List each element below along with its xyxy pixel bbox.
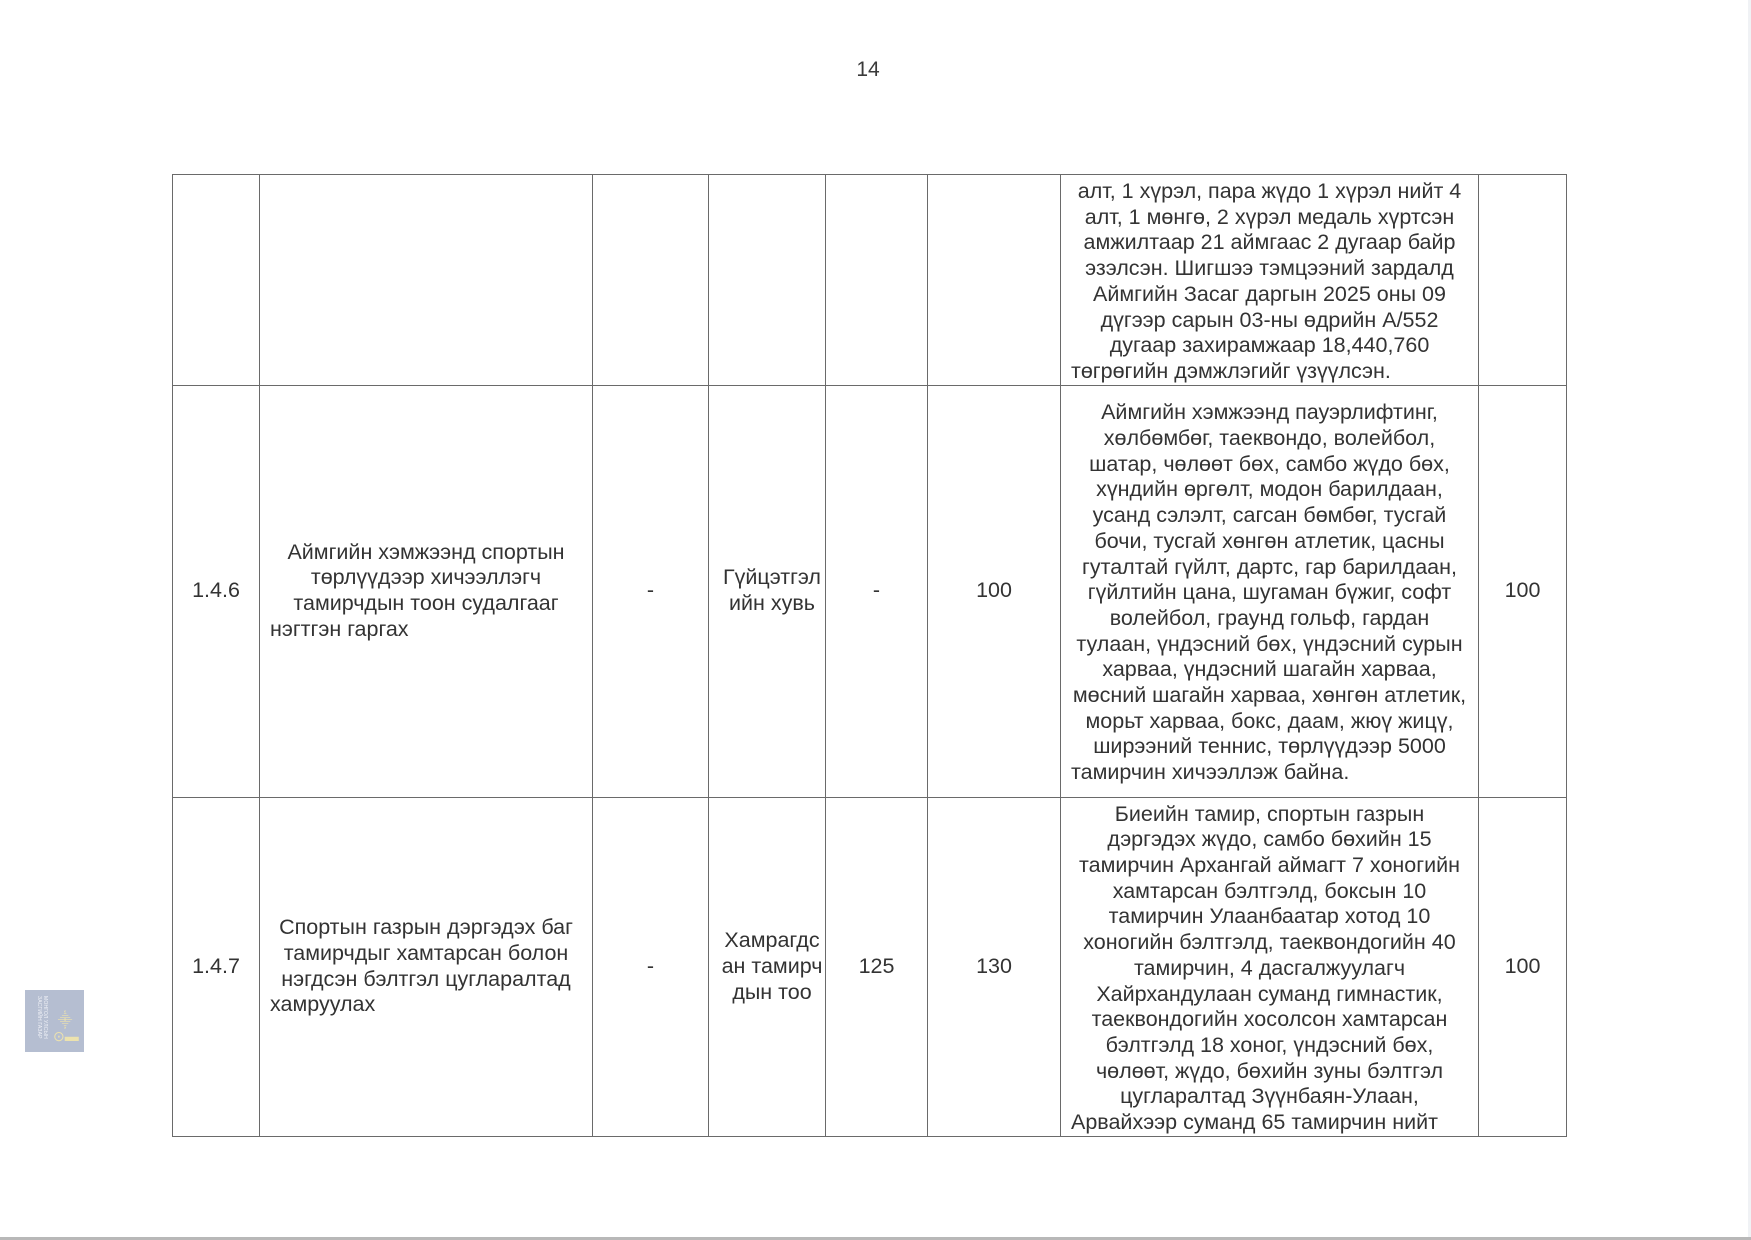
target-a-cell xyxy=(826,175,928,386)
table-row: алт, 1 хүрэл, пара жүдо 1 хүрэл нийт 4 а… xyxy=(173,175,1567,386)
stamp-text: МОНГОЛ УЛСЫН ЗАСГИЙН ГАЗАР xyxy=(28,996,48,1046)
score-cell xyxy=(1479,175,1567,386)
report-cell: алт, 1 хүрэл, пара жүдо 1 хүрэл нийт 4 а… xyxy=(1061,175,1479,386)
page-number: 14 xyxy=(850,58,886,82)
baseline-cell xyxy=(593,175,709,386)
soyombo-emblem-icon: ⸎⊙▬ xyxy=(53,1012,77,1028)
baseline-cell: - xyxy=(593,385,709,797)
code-cell: 1.4.7 xyxy=(173,797,260,1136)
code-cell xyxy=(173,175,260,386)
target-a-cell: 125 xyxy=(826,797,928,1136)
target-a-cell: - xyxy=(826,385,928,797)
score-cell: 100 xyxy=(1479,797,1567,1136)
report-cell: Биеийн тамир, спортын газрын дэргэдэх жү… xyxy=(1061,797,1479,1136)
baseline-cell: - xyxy=(593,797,709,1136)
report-cell: Аймгийн хэмжээнд пауэрлифтинг, хөлбөмбөг… xyxy=(1061,385,1479,797)
report-table: алт, 1 хүрэл, пара жүдо 1 хүрэл нийт 4 а… xyxy=(172,174,1567,1137)
table-row: 1.4.6 Аймгийн хэмжээнд спортын төрлүүдээ… xyxy=(173,385,1567,797)
unit-cell: Гүйцэтгэлийн хувь xyxy=(709,385,826,797)
target-b-cell: 100 xyxy=(928,385,1061,797)
table-row: 1.4.7 Спортын газрын дэргэдэх баг тамирч… xyxy=(173,797,1567,1136)
unit-cell xyxy=(709,175,826,386)
target-b-cell: 130 xyxy=(928,797,1061,1136)
activity-cell: Аймгийн хэмжээнд спортын төрлүүдээр хичэ… xyxy=(260,385,593,797)
target-b-cell xyxy=(928,175,1061,386)
code-cell: 1.4.6 xyxy=(173,385,260,797)
score-cell: 100 xyxy=(1479,385,1567,797)
activity-cell: Спортын газрын дэргэдэх баг тамирчдыг ха… xyxy=(260,797,593,1136)
unit-cell: Хамрагдсан тамирчдын тоо xyxy=(709,797,826,1136)
activity-cell xyxy=(260,175,593,386)
government-stamp: МОНГОЛ УЛСЫН ЗАСГИЙН ГАЗАР ⸎⊙▬ xyxy=(25,990,84,1052)
